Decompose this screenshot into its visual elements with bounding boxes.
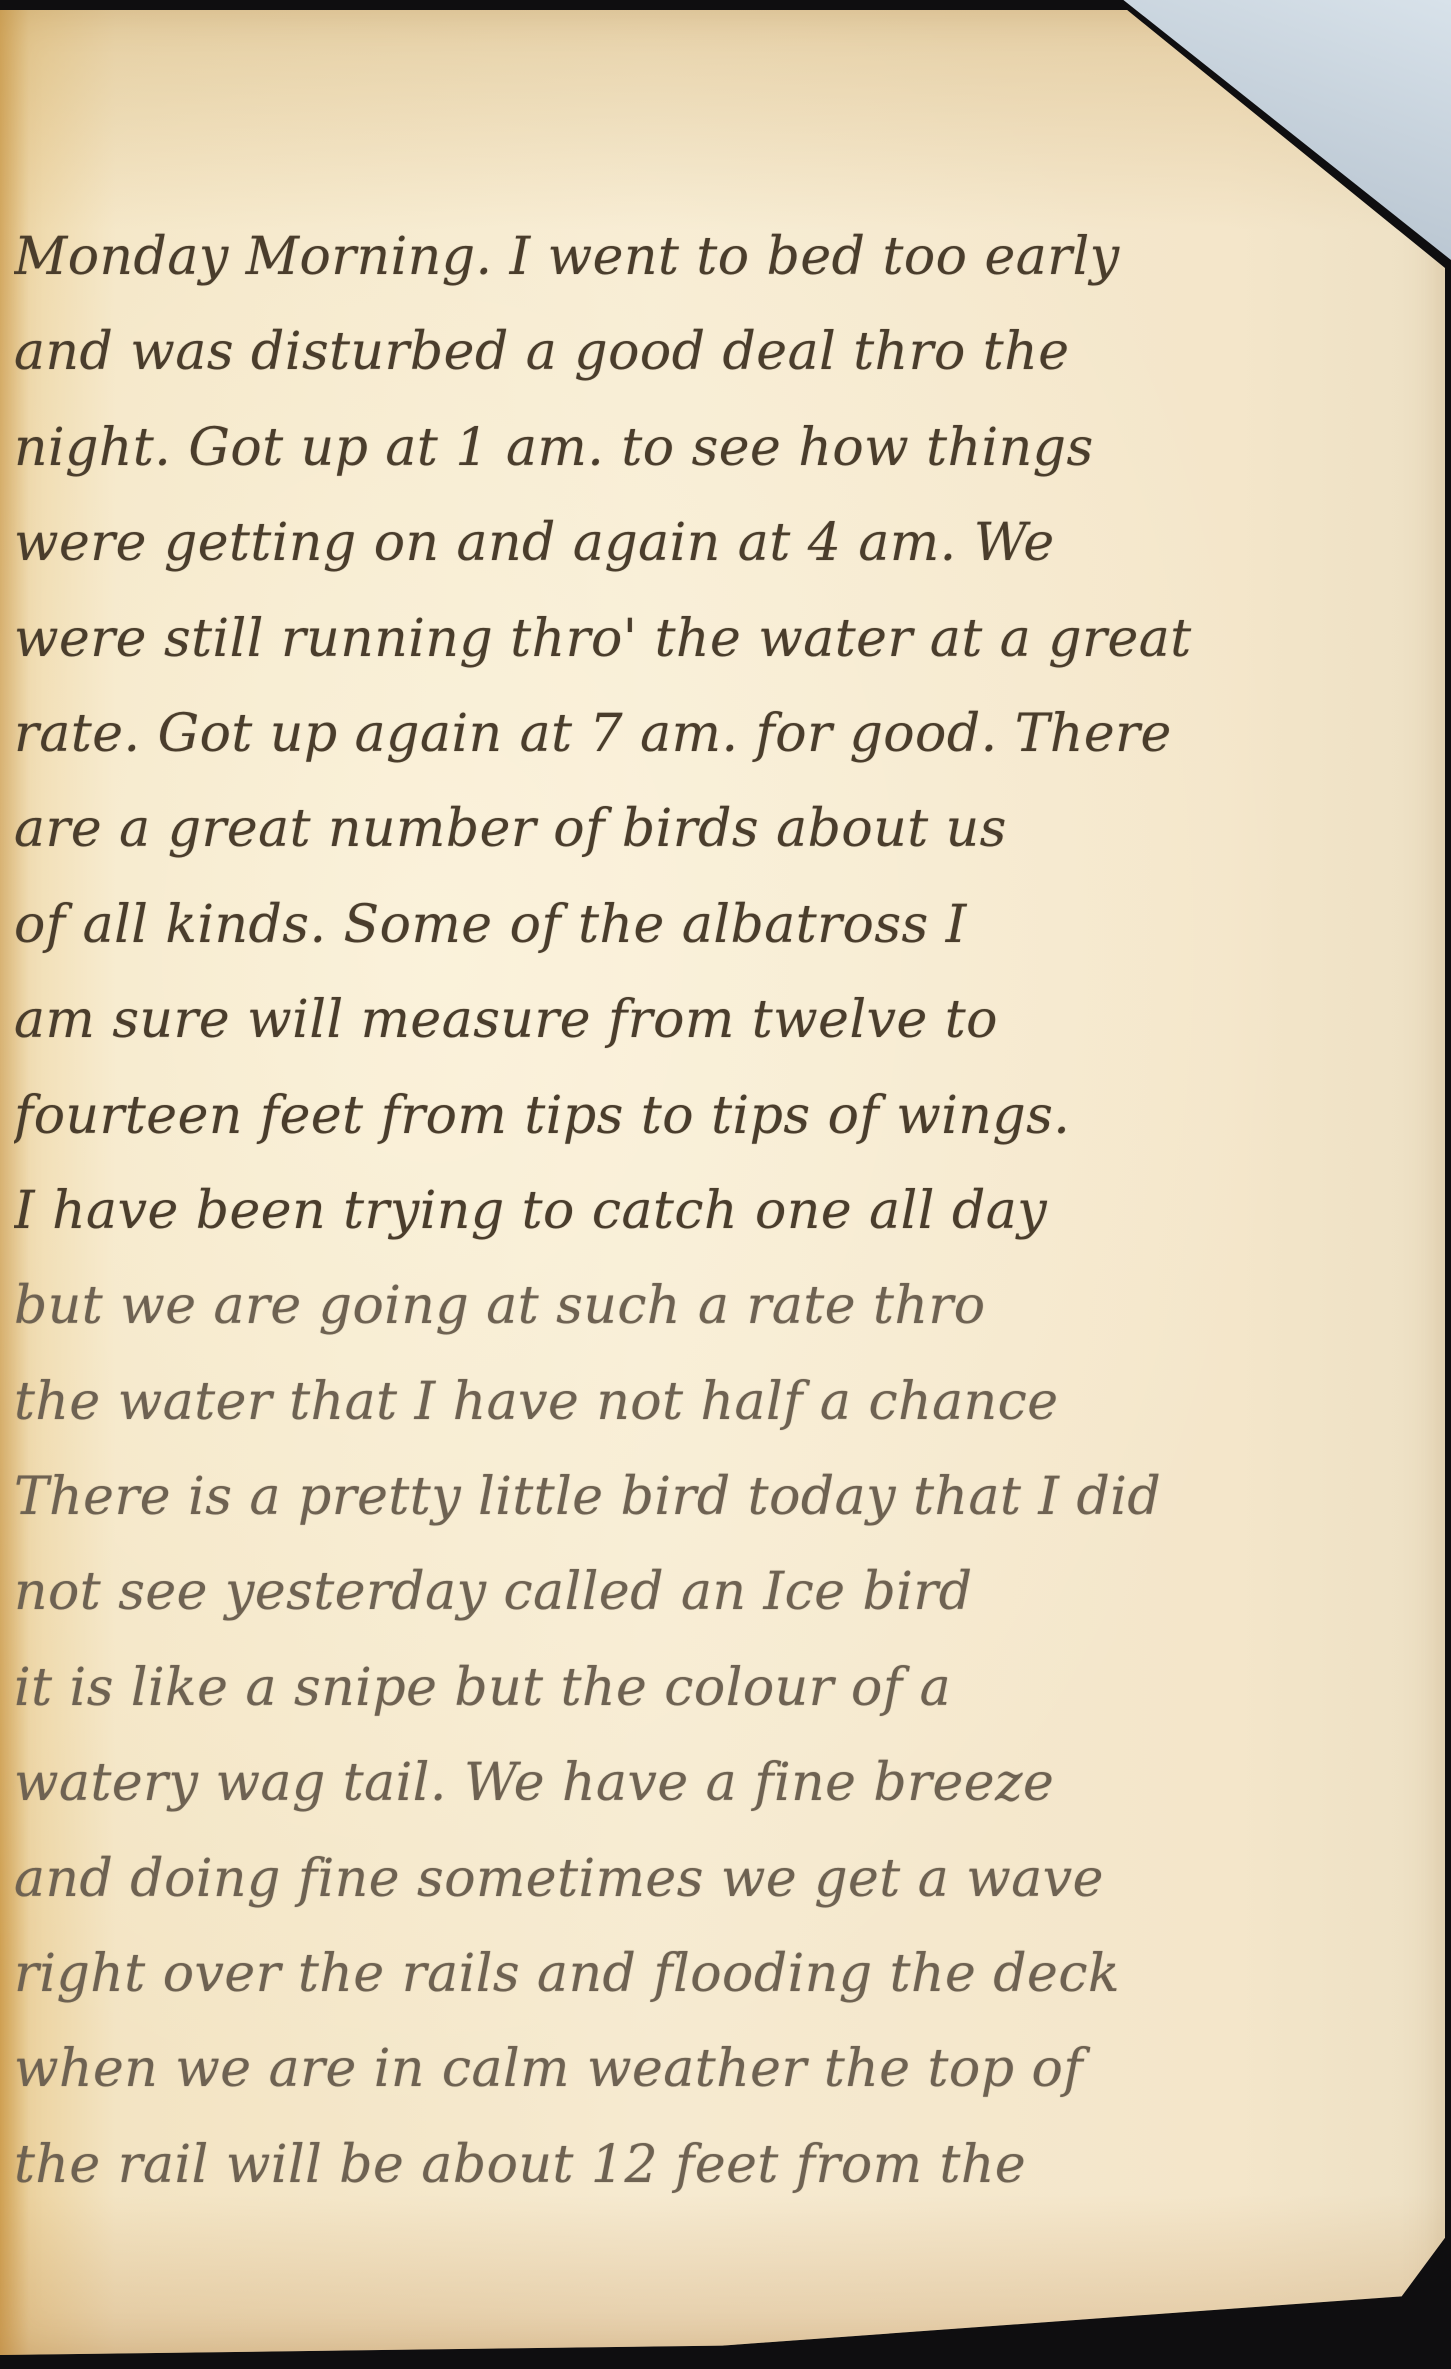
page-stain [0,2195,1445,2355]
diary-page: Monday Morning. I went to bed too early … [0,10,1445,2355]
handwritten-line: Monday Morning. I went to bed too early [14,210,1434,305]
handwritten-line: were still running thro' the water at a … [14,592,1434,687]
handwritten-line: night. Got up at 1 am. to see how things [14,401,1434,496]
handwritten-line: rate. Got up again at 7 am. for good. Th… [14,687,1434,782]
handwritten-line: fourteen feet from tips to tips of wings… [14,1069,1434,1164]
handwritten-line: am sure will measure from twelve to [14,973,1434,1068]
handwritten-line: when we are in calm weather the top of [14,2022,1434,2117]
handwritten-line: and doing fine sometimes we get a wave [14,1832,1434,1927]
handwritten-line: were getting on and again at 4 am. We [14,496,1434,591]
handwritten-line: of all kinds. Some of the albatross I [14,878,1434,973]
handwritten-line: but we are going at such a rate thro [14,1259,1434,1354]
handwritten-line: I have been trying to catch one all day [14,1164,1434,1259]
handwritten-line: right over the rails and flooding the de… [14,1927,1434,2022]
handwritten-line: and was disturbed a good deal thro the [14,305,1434,400]
handwritten-line: it is like a snipe but the colour of a [14,1641,1434,1736]
handwritten-line: not see yesterday called an Ice bird [14,1545,1434,1640]
handwritten-line: the water that I have not half a chance [14,1355,1434,1450]
handwritten-line: are a great number of birds about us [14,782,1434,877]
handwritten-line: watery wag tail. We have a fine breeze [14,1736,1434,1831]
handwritten-line: There is a pretty little bird today that… [14,1450,1434,1545]
diary-entry: Monday Morning. I went to bed too early … [14,210,1434,2213]
handwritten-line: the rail will be about 12 feet from the [14,2118,1434,2213]
